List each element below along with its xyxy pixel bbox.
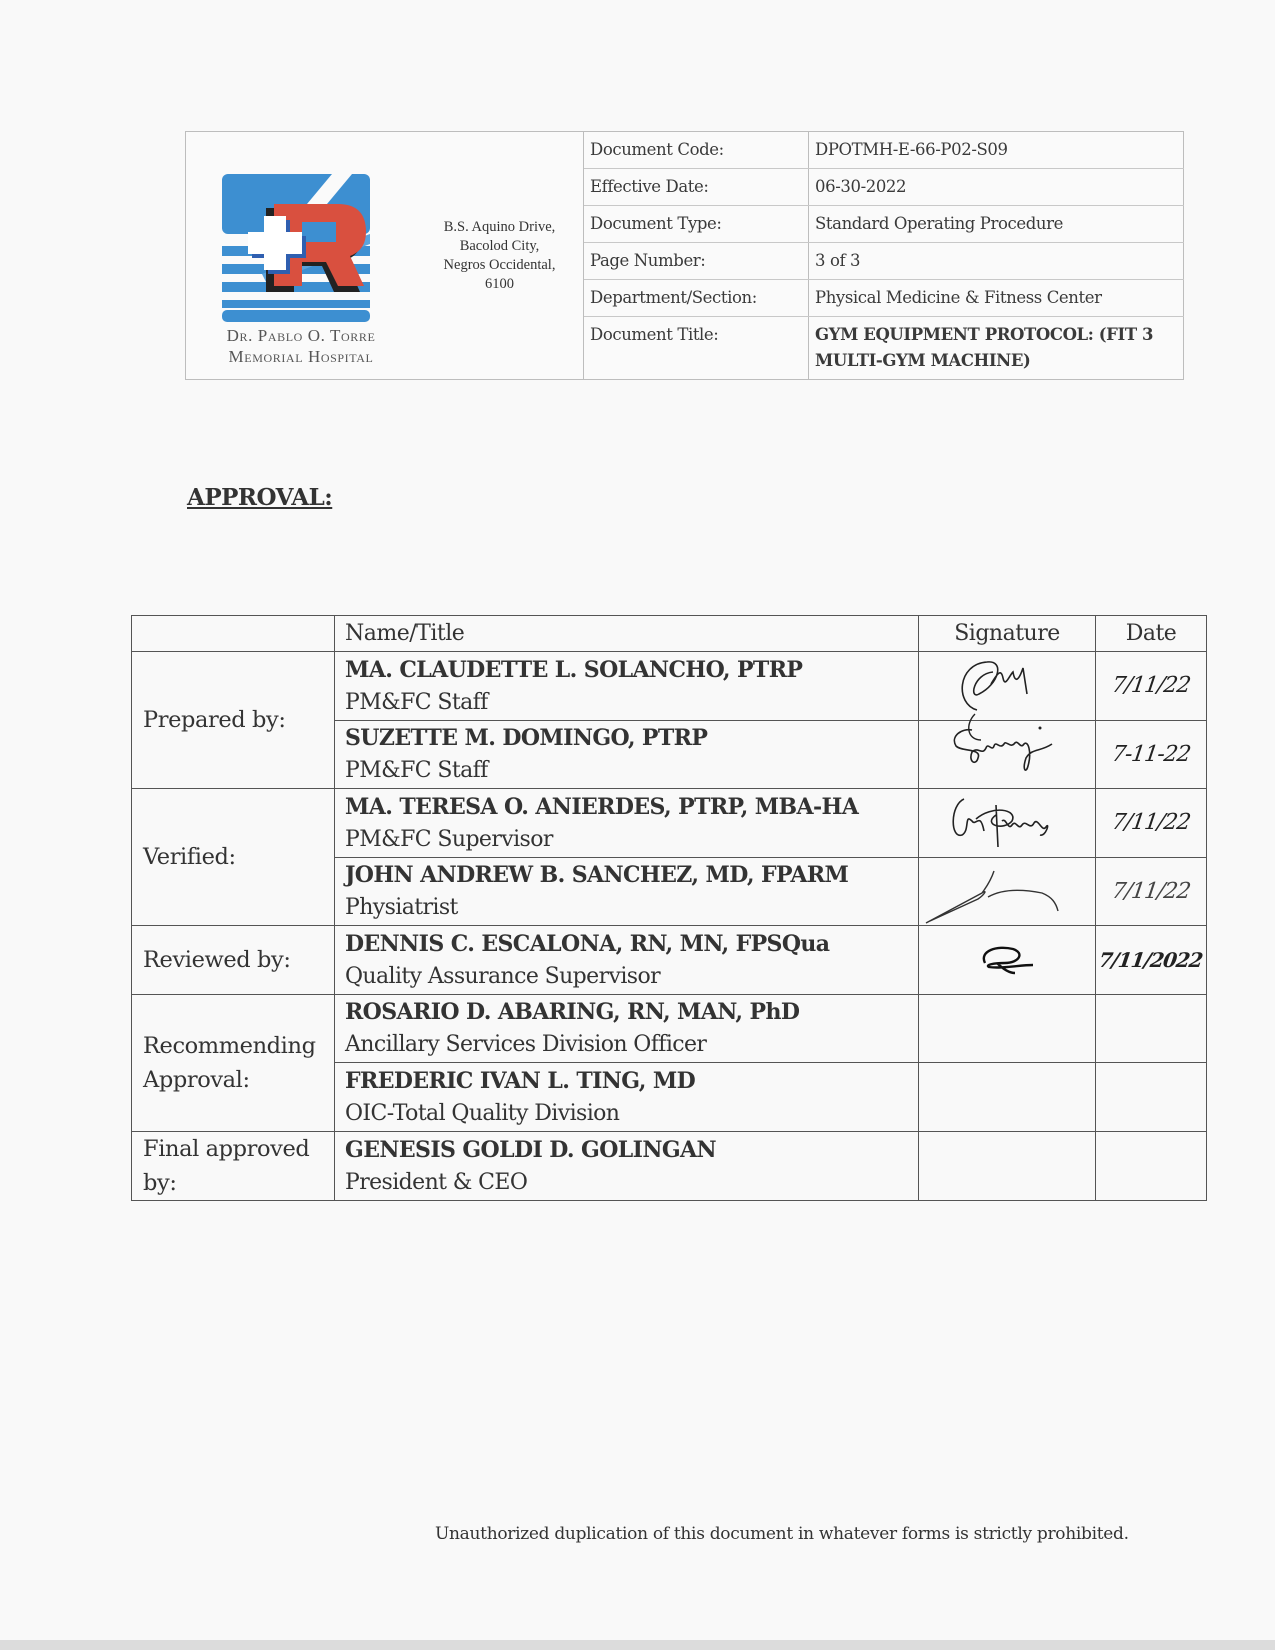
signed-date: 7/11/22 — [1110, 810, 1191, 835]
signed-date: 7-11-22 — [1110, 742, 1191, 767]
meta-label: Document Title: — [584, 317, 809, 380]
date-cell: 7-11-22 — [1096, 720, 1207, 789]
signature-icon — [942, 791, 1072, 855]
table-row: Verified: MA. TERESA O. ANIERDES, PTRP, … — [132, 789, 1207, 858]
person-cell: GENESIS GOLDI D. GOLINGAN President & CE… — [335, 1131, 919, 1200]
hospital-logo-cross-r-icon — [222, 174, 372, 324]
table-row: Prepared by: MA. CLAUDETTE L. SOLANCHO, … — [132, 652, 1207, 721]
signature-cell[interactable] — [919, 994, 1096, 1063]
person-title: OIC-Total Quality Division — [345, 1098, 908, 1130]
person-name: GENESIS GOLDI D. GOLINGAN — [345, 1133, 908, 1167]
signature-cell[interactable] — [919, 1063, 1096, 1132]
person-cell: SUZETTE M. DOMINGO, PTRP PM&FC Staff — [335, 720, 919, 789]
signed-date: 7/11/22 — [1110, 879, 1191, 904]
role-prepared-by: Prepared by: — [132, 652, 335, 789]
document-title: GYM EQUIPMENT PROTOCOL: (FIT 3 MULTI-GYM… — [809, 317, 1184, 380]
hospital-name: Dr. Pablo O. Torre Memorial Hospital — [186, 325, 416, 367]
signature-cell — [919, 652, 1096, 721]
person-cell: FREDERIC IVAN L. TING, MD OIC-Total Qual… — [335, 1063, 919, 1132]
role-final-approved-by: Final approved by: — [132, 1131, 335, 1200]
signed-date: 7/11/22 — [1110, 673, 1191, 698]
column-header-signature: Signature — [919, 616, 1096, 652]
meta-value: 3 of 3 — [809, 243, 1184, 279]
hospital-name-line2: Memorial Hospital — [186, 346, 416, 367]
person-title: President & CEO — [345, 1167, 908, 1199]
table-row: Recommending Approval: ROSARIO D. ABARIN… — [132, 994, 1207, 1063]
signature-cell — [919, 926, 1096, 995]
approval-heading: APPROVAL: — [187, 484, 332, 511]
person-name: MA. TERESA O. ANIERDES, PTRP, MBA-HA — [345, 790, 908, 824]
signature-icon — [922, 859, 1092, 923]
date-cell: 7/11/22 — [1096, 857, 1207, 926]
person-cell: DENNIS C. ESCALONA, RN, MN, FPSQua Quali… — [335, 926, 919, 995]
person-name: SUZETTE M. DOMINGO, PTRP — [345, 721, 908, 755]
person-name: FREDERIC IVAN L. TING, MD — [345, 1064, 908, 1098]
signature-cell — [919, 857, 1096, 926]
meta-row-department: Department/Section: Physical Medicine & … — [584, 280, 1184, 317]
person-cell: JOHN ANDREW B. SANCHEZ, MD, FPARM Physia… — [335, 857, 919, 926]
meta-row-page-number: Page Number: 3 of 3 — [584, 243, 1184, 280]
meta-label: Department/Section: — [584, 280, 809, 316]
address-line: Bacolod City, — [444, 237, 556, 256]
person-name: DENNIS C. ESCALONA, RN, MN, FPSQua — [345, 927, 908, 961]
meta-value: Standard Operating Procedure — [809, 206, 1184, 242]
person-title: PM&FC Staff — [345, 687, 908, 719]
meta-value: 06-30-2022 — [809, 169, 1184, 205]
person-title: Physiatrist — [345, 892, 908, 924]
role-recommending-approval: Recommending Approval: — [132, 994, 335, 1131]
column-header-name-title: Name/Title — [335, 616, 919, 652]
signature-icon — [932, 722, 1082, 786]
column-header-role — [132, 616, 335, 652]
person-title: Quality Assurance Supervisor — [345, 961, 908, 993]
meta-row-document-code: Document Code: DPOTMH-E-66-P02-S09 — [584, 132, 1184, 169]
signature-icon — [947, 654, 1067, 718]
date-cell[interactable] — [1096, 1131, 1207, 1200]
person-name: MA. CLAUDETTE L. SOLANCHO, PTRP — [345, 653, 908, 687]
address-line: Negros Occidental, — [444, 256, 556, 275]
person-name: ROSARIO D. ABARING, RN, MAN, PhD — [345, 995, 908, 1029]
meta-row-document-title: Document Title: GYM EQUIPMENT PROTOCOL: … — [584, 317, 1184, 380]
date-cell[interactable] — [1096, 994, 1207, 1063]
column-header-date: Date — [1096, 616, 1207, 652]
meta-value: Physical Medicine & Fitness Center — [809, 280, 1184, 316]
signature-icon — [967, 935, 1047, 985]
meta-label: Page Number: — [584, 243, 809, 279]
document-meta-table: Document Code: DPOTMH-E-66-P02-S09 Effec… — [583, 132, 1184, 379]
person-name: JOHN ANDREW B. SANCHEZ, MD, FPARM — [345, 858, 908, 892]
meta-value: DPOTMH-E-66-P02-S09 — [809, 132, 1184, 168]
approval-header-row: Name/Title Signature Date — [132, 616, 1207, 652]
table-row: Final approved by: GENESIS GOLDI D. GOLI… — [132, 1131, 1207, 1200]
person-title: PM&FC Supervisor — [345, 824, 908, 856]
role-verified: Verified: — [132, 789, 335, 926]
address-line: B.S. Aquino Drive, — [444, 218, 556, 237]
logo-cell: Dr. Pablo O. Torre Memorial Hospital — [186, 132, 416, 379]
meta-label: Effective Date: — [584, 169, 809, 205]
person-cell: MA. CLAUDETTE L. SOLANCHO, PTRP PM&FC St… — [335, 652, 919, 721]
person-title: Ancillary Services Division Officer — [345, 1029, 908, 1061]
hospital-address: B.S. Aquino Drive, Bacolod City, Negros … — [416, 132, 583, 379]
signature-cell — [919, 789, 1096, 858]
meta-row-effective-date: Effective Date: 06-30-2022 — [584, 169, 1184, 206]
meta-label: Document Code: — [584, 132, 809, 168]
person-cell: MA. TERESA O. ANIERDES, PTRP, MBA-HA PM&… — [335, 789, 919, 858]
date-cell[interactable] — [1096, 1063, 1207, 1132]
hospital-name-line1: Dr. Pablo O. Torre — [186, 325, 416, 346]
date-cell: 7/11/22 — [1096, 789, 1207, 858]
table-row: Reviewed by: DENNIS C. ESCALONA, RN, MN,… — [132, 926, 1207, 995]
date-cell: 7/11/22 — [1096, 652, 1207, 721]
signature-cell — [919, 720, 1096, 789]
person-title: PM&FC Staff — [345, 755, 908, 787]
date-cell: 7/11/2022 — [1096, 926, 1207, 995]
address-line: 6100 — [444, 275, 556, 294]
page-edge — [0, 1640, 1275, 1650]
meta-row-document-type: Document Type: Standard Operating Proced… — [584, 206, 1184, 243]
meta-label: Document Type: — [584, 206, 809, 242]
approval-table: Name/Title Signature Date Prepared by: M… — [131, 615, 1207, 1201]
role-reviewed-by: Reviewed by: — [132, 926, 335, 995]
footer-notice: Unauthorized duplication of this documen… — [435, 1524, 1129, 1544]
document-header: Dr. Pablo O. Torre Memorial Hospital B.S… — [185, 131, 1184, 380]
person-cell: ROSARIO D. ABARING, RN, MAN, PhD Ancilla… — [335, 994, 919, 1063]
signature-cell[interactable] — [919, 1131, 1096, 1200]
signed-date: 7/11/2022 — [1098, 948, 1204, 972]
